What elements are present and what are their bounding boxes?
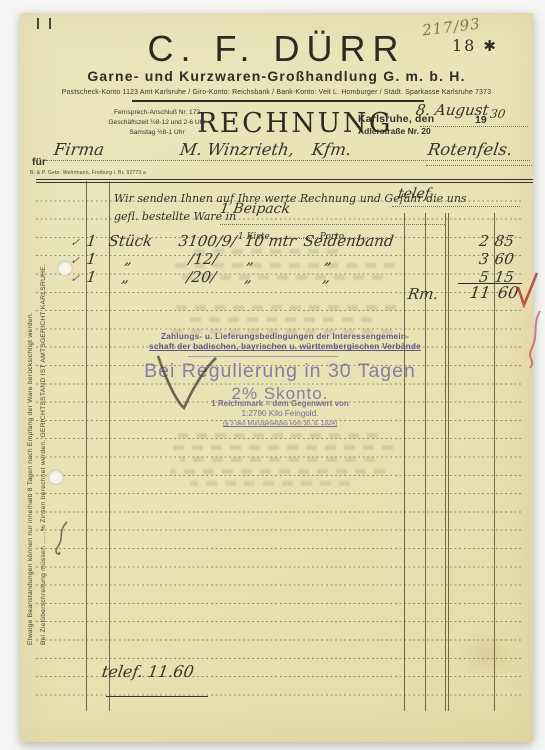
handwritten-telef: telef. bbox=[397, 186, 435, 202]
gold-line-3: (§ 3 des Münzgesetzes vom 30. 8. 1924) bbox=[150, 420, 410, 428]
margin-terms-text: Etwaige Beanstandungen können nur innerh… bbox=[27, 185, 39, 645]
pencil-checkmark bbox=[140, 346, 228, 416]
pencil-annotation bbox=[50, 518, 74, 560]
item-amount-pfennig: 85 bbox=[493, 232, 515, 250]
intro-fill-line-2 bbox=[220, 224, 445, 225]
handwritten-recipient-name: M. Winzrieth, bbox=[179, 140, 296, 159]
item-amount-mark: 2 bbox=[457, 232, 490, 250]
footer-underline bbox=[106, 696, 208, 697]
city-underline bbox=[426, 165, 532, 166]
footer-total-handwritten: telef. 11.60 bbox=[101, 662, 195, 681]
column-line bbox=[109, 181, 110, 711]
column-line bbox=[445, 213, 446, 711]
date-fill-line bbox=[420, 126, 528, 127]
pencil-tick: ✓ bbox=[70, 272, 81, 285]
item-description: Seidenband bbox=[302, 232, 394, 250]
margin-terms-text: Bei Zielüberschreitung müssen ......% Zi… bbox=[40, 185, 52, 645]
total-currency: Rm. bbox=[407, 285, 440, 303]
item-unit: Stück bbox=[107, 232, 153, 250]
punch-hole bbox=[49, 470, 63, 484]
column-line bbox=[404, 213, 405, 711]
column-line bbox=[448, 213, 449, 711]
item-article-number: 3100/9/ bbox=[177, 232, 237, 250]
item-measure: 10 mtr bbox=[243, 232, 297, 250]
letterhead-company-name: C. F. DÜRR bbox=[20, 28, 533, 70]
printer-imprint: B. & P. Gebr. Wehrmann, Freiburg i. Br. … bbox=[30, 170, 146, 176]
punch-hole bbox=[58, 261, 72, 275]
bank-accounts-line: Postscheck-Konto 1123 Amt Karlsruhe / Gi… bbox=[20, 89, 533, 96]
recipient-label: für bbox=[32, 156, 46, 168]
header-divider bbox=[132, 100, 424, 102]
paper-stain bbox=[458, 631, 516, 679]
street-address-line: Adlerstraße Nr. 20 bbox=[358, 126, 431, 136]
red-checkmark bbox=[510, 265, 545, 370]
handwritten-year: 30 bbox=[489, 107, 506, 121]
item-article-number: /12/ bbox=[187, 250, 219, 268]
handwritten-beipack: 1 Beipack bbox=[219, 201, 291, 217]
recipient-fill-line bbox=[46, 160, 530, 161]
handwritten-recipient-firma: Firma bbox=[53, 140, 106, 159]
item-article-number: /20/ bbox=[185, 268, 217, 286]
invoice-paper: 217/93 18✱ C. F. DÜRR Garne- und Kurzwar… bbox=[20, 13, 533, 742]
letterhead-subtitle: Garne- und Kurzwaren-Großhandlung G. m. … bbox=[20, 68, 533, 84]
pencil-tick: ✓ bbox=[70, 236, 81, 249]
printed-year-prefix: 19 bbox=[475, 114, 487, 126]
handwritten-recipient-city: Rotenfels. bbox=[427, 140, 514, 159]
handwritten-recipient-title: Kfm. bbox=[311, 140, 353, 159]
terms-line-1: Zahlungs- u. Lieferungsbedingungen der I… bbox=[140, 331, 430, 341]
intro-fill-line bbox=[392, 206, 520, 207]
total-amount-mark: 11 bbox=[469, 283, 492, 302]
item-amount-mark: 3 bbox=[457, 250, 490, 268]
